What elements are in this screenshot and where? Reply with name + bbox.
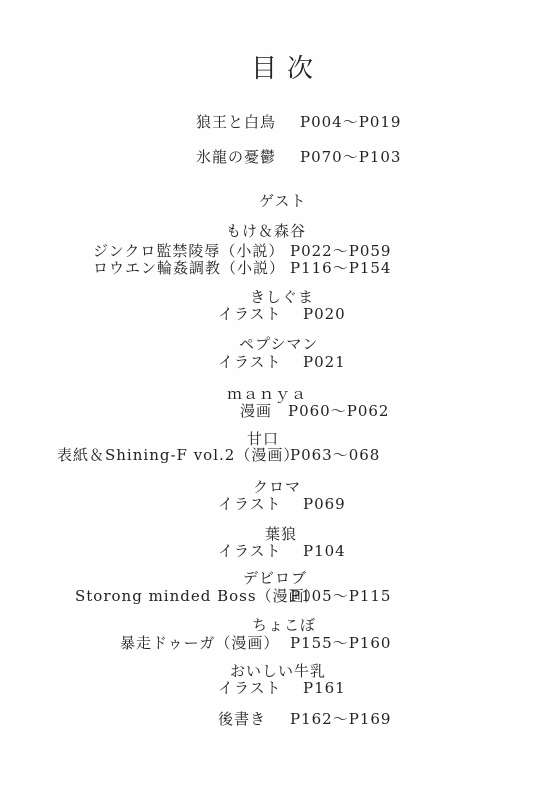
work-title: 狼王と白鳥 — [196, 113, 276, 131]
page-range: P069 — [303, 496, 346, 513]
work-title: 氷龍の憂鬱 — [196, 148, 276, 166]
page-title: 目次 — [251, 56, 323, 82]
toc-entry: イラスト P069 — [218, 496, 282, 513]
work-title: 漫画 — [240, 402, 272, 420]
toc-entry: ジンクロ監禁陵辱（小説） P022～P059 — [93, 243, 284, 260]
work-title: 後書き — [218, 710, 266, 728]
page-range: P162～P169 — [290, 711, 391, 728]
page-range: P161 — [303, 680, 346, 697]
work-title: イラスト — [218, 495, 282, 513]
toc-entry: 漫画 P060～P062 — [240, 403, 272, 420]
author-name: ペプシマン — [239, 336, 318, 353]
work-title: Storong minded Boss（漫画） — [75, 587, 321, 605]
author-name: きしぐま — [250, 289, 314, 306]
guest-heading: ゲスト — [259, 193, 306, 210]
author-name: ちょこぼ — [252, 617, 316, 634]
author-name: デビロブ — [243, 570, 307, 587]
toc-entry: イラスト P161 — [218, 680, 282, 697]
work-title: イラスト — [218, 305, 282, 323]
page-range: P105～P115 — [290, 588, 391, 605]
author-name: ｍａｎｙａ — [227, 386, 307, 403]
work-title: イラスト — [218, 679, 282, 697]
work-title: ロウエン輪姦調教（小説） — [93, 259, 285, 277]
page-range: P155～P160 — [290, 635, 391, 652]
page-range: P021 — [303, 354, 346, 371]
toc-entry: ロウエン輪姦調教（小説） P116～P154 — [93, 260, 285, 277]
toc-entry-afterword: 後書き P162～P169 — [218, 711, 266, 728]
author-name: クロマ — [253, 479, 301, 496]
work-title: ジンクロ監禁陵辱（小説） — [93, 242, 284, 260]
author-name: おいしい牛乳 — [230, 663, 326, 680]
toc-entry: イラスト P020 — [218, 306, 282, 323]
page-range: P116～P154 — [290, 260, 391, 277]
toc-entry: 氷龍の憂鬱 P070～P103 — [196, 149, 276, 166]
work-title: イラスト — [218, 542, 282, 560]
work-title: イラスト — [218, 353, 282, 371]
toc-entry: 表紙＆Shining-F vol.2（漫画） P063～068 — [57, 447, 299, 464]
work-title: 暴走ドゥーガ（漫画） — [120, 634, 279, 652]
author-name: 葉狼 — [265, 526, 297, 543]
page-range: P070～P103 — [300, 149, 401, 166]
toc-entry: 狼王と白鳥 P004～P019 — [196, 114, 276, 131]
toc-page: 目次 狼王と白鳥 P004～P019 氷龍の憂鬱 P070～P103 ゲスト も… — [0, 0, 559, 793]
author-name: もけ＆森谷 — [226, 223, 306, 240]
page-range: P020 — [303, 306, 346, 323]
toc-entry: 暴走ドゥーガ（漫画） P155～P160 — [120, 635, 279, 652]
work-title: 表紙＆Shining-F vol.2（漫画） — [57, 446, 299, 464]
page-range: P004～P019 — [300, 114, 401, 131]
page-range: P060～P062 — [288, 403, 389, 420]
page-range: P063～068 — [290, 447, 380, 464]
toc-entry: Storong minded Boss（漫画） P105～P115 — [75, 588, 321, 605]
page-range: P022～P059 — [290, 243, 391, 260]
toc-entry: イラスト P021 — [218, 354, 282, 371]
toc-entry: イラスト P104 — [218, 543, 282, 560]
page-range: P104 — [303, 543, 346, 560]
